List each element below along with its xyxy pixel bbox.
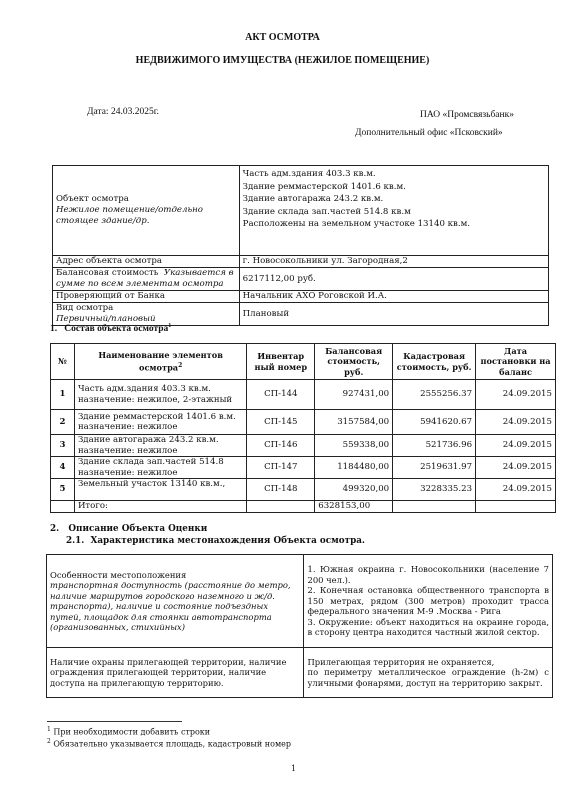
object-line: Здание реммастерской 1401.6 кв.м. (243, 181, 545, 194)
footnote-2: 2 Обязательно указывается площадь, кадас… (47, 738, 291, 749)
document-date: Дата: 24.03.2025г. (87, 107, 159, 117)
location-label: Особенности местоположения (50, 570, 300, 581)
object-hint: Нежилое помещение/отдельно стоящее здани… (56, 205, 236, 227)
page-number: 1 (291, 764, 296, 773)
total-balance: 6328153,00 (315, 501, 393, 513)
object-label-cell: Объект осмотра Нежилое помещение/отдельн… (53, 166, 240, 256)
col-balance: Балансовая стоимость, руб. (315, 344, 393, 380)
table-row: 5 Земельный участок 13140 кв.м., СП-148 … (51, 479, 556, 501)
table-row: 2 Здание реммастерской 1401.6 в.м.назнач… (51, 410, 556, 435)
footnote-ref: 1 (168, 323, 171, 329)
object-line: Расположены на земельном участоке 13140 … (243, 218, 545, 231)
address-value: г. Новосокольники ул. Загородная,2 (239, 256, 548, 268)
object-line: Часть адм.здания 403.3 кв.м. (243, 168, 545, 181)
section1-number: 1. (50, 324, 57, 334)
footnote-1: 1 При необходимости добавить строки (47, 726, 210, 737)
inspector-value: Начальник АХО Роговской И.А. (239, 291, 548, 303)
bank-name: ПАО «Промсвязьбанк» (420, 110, 514, 120)
balance-label: Балансовая стоимость (56, 268, 158, 278)
total-row: Итого: 6328153,00 (51, 501, 556, 513)
object-label: Объект осмотра (56, 194, 236, 205)
footnote-separator (47, 721, 182, 722)
section2-1-heading: 2.1. Характеристика местонахождения Объе… (66, 536, 365, 546)
address-row: Адрес объекта осмотра г. Новосокольники … (53, 256, 549, 268)
security-row: Наличие охраны прилегающей территории, н… (47, 648, 553, 698)
document-subtitle: НЕДВИЖИМОГО ИМУЩЕСТВА (НЕЖИЛОЕ ПОМЕЩЕНИЕ… (0, 55, 565, 66)
table-row: 3 Здание автогаража 243.2 кв.м.назначени… (51, 435, 556, 457)
inspection-type-label: Вид осмотра (56, 303, 236, 314)
col-name: Наименование элементов осмотра2 (74, 344, 246, 380)
location-row: Особенности местоположения транспортная … (47, 555, 553, 648)
section1-title: Состав объекта осмотра (64, 324, 168, 334)
object-line: Здание автогаража 243.2 кв.м. (243, 193, 545, 206)
col-inventory: Инвентар ный номер (247, 344, 315, 380)
table-row: 4 Здание склада зап.частей 514.8назначен… (51, 457, 556, 479)
location-hint: транспортная доступность (расстояние до … (50, 580, 300, 633)
inspector-label: Проверяющий от Банка (53, 291, 240, 303)
security-label: Наличие охраны прилегающей территории, н… (47, 648, 304, 698)
table-row: 1 Часть адм.здания 403.3 кв.м.назначение… (51, 380, 556, 410)
total-label: Итого: (74, 501, 246, 513)
balance-row: Балансовая стоимость Указывается в сумме… (53, 268, 549, 291)
document-title: АКТ ОСМОТРА (0, 32, 565, 43)
object-line: Здание склада зап.частей 514.8 кв.м (243, 206, 545, 219)
balance-value: 6217112,00 руб. (239, 268, 548, 291)
address-label: Адрес объекта осмотра (53, 256, 240, 268)
composition-table: № Наименование элементов осмотра2 Инвент… (50, 343, 556, 513)
object-row: Объект осмотра Нежилое помещение/отдельн… (53, 166, 549, 256)
location-table: Особенности местоположения транспортная … (46, 554, 553, 698)
col-number: № (51, 344, 75, 380)
section2-heading: 2. Описание Объекта Оценки (50, 524, 207, 534)
col-cadastral: Кадастровая стоимость, руб. (393, 344, 476, 380)
object-value-cell: Часть адм.здания 403.3 кв.м. Здание ремм… (239, 166, 548, 256)
table-header-row: № Наименование элементов осмотра2 Инвент… (51, 344, 556, 380)
office-name: Дополнительный офис «Псковский» (355, 128, 503, 138)
section1-heading: 1. Состав объекта осмотра1 (50, 323, 171, 334)
col-date: Дата постановки на баланс (476, 344, 556, 380)
inspection-type-value: Плановый (239, 303, 548, 326)
inspector-row: Проверяющий от Банка Начальник АХО Рогов… (53, 291, 549, 303)
object-info-table: Объект осмотра Нежилое помещение/отдельн… (52, 165, 549, 326)
balance-label-cell: Балансовая стоимость Указывается в сумме… (53, 268, 240, 291)
